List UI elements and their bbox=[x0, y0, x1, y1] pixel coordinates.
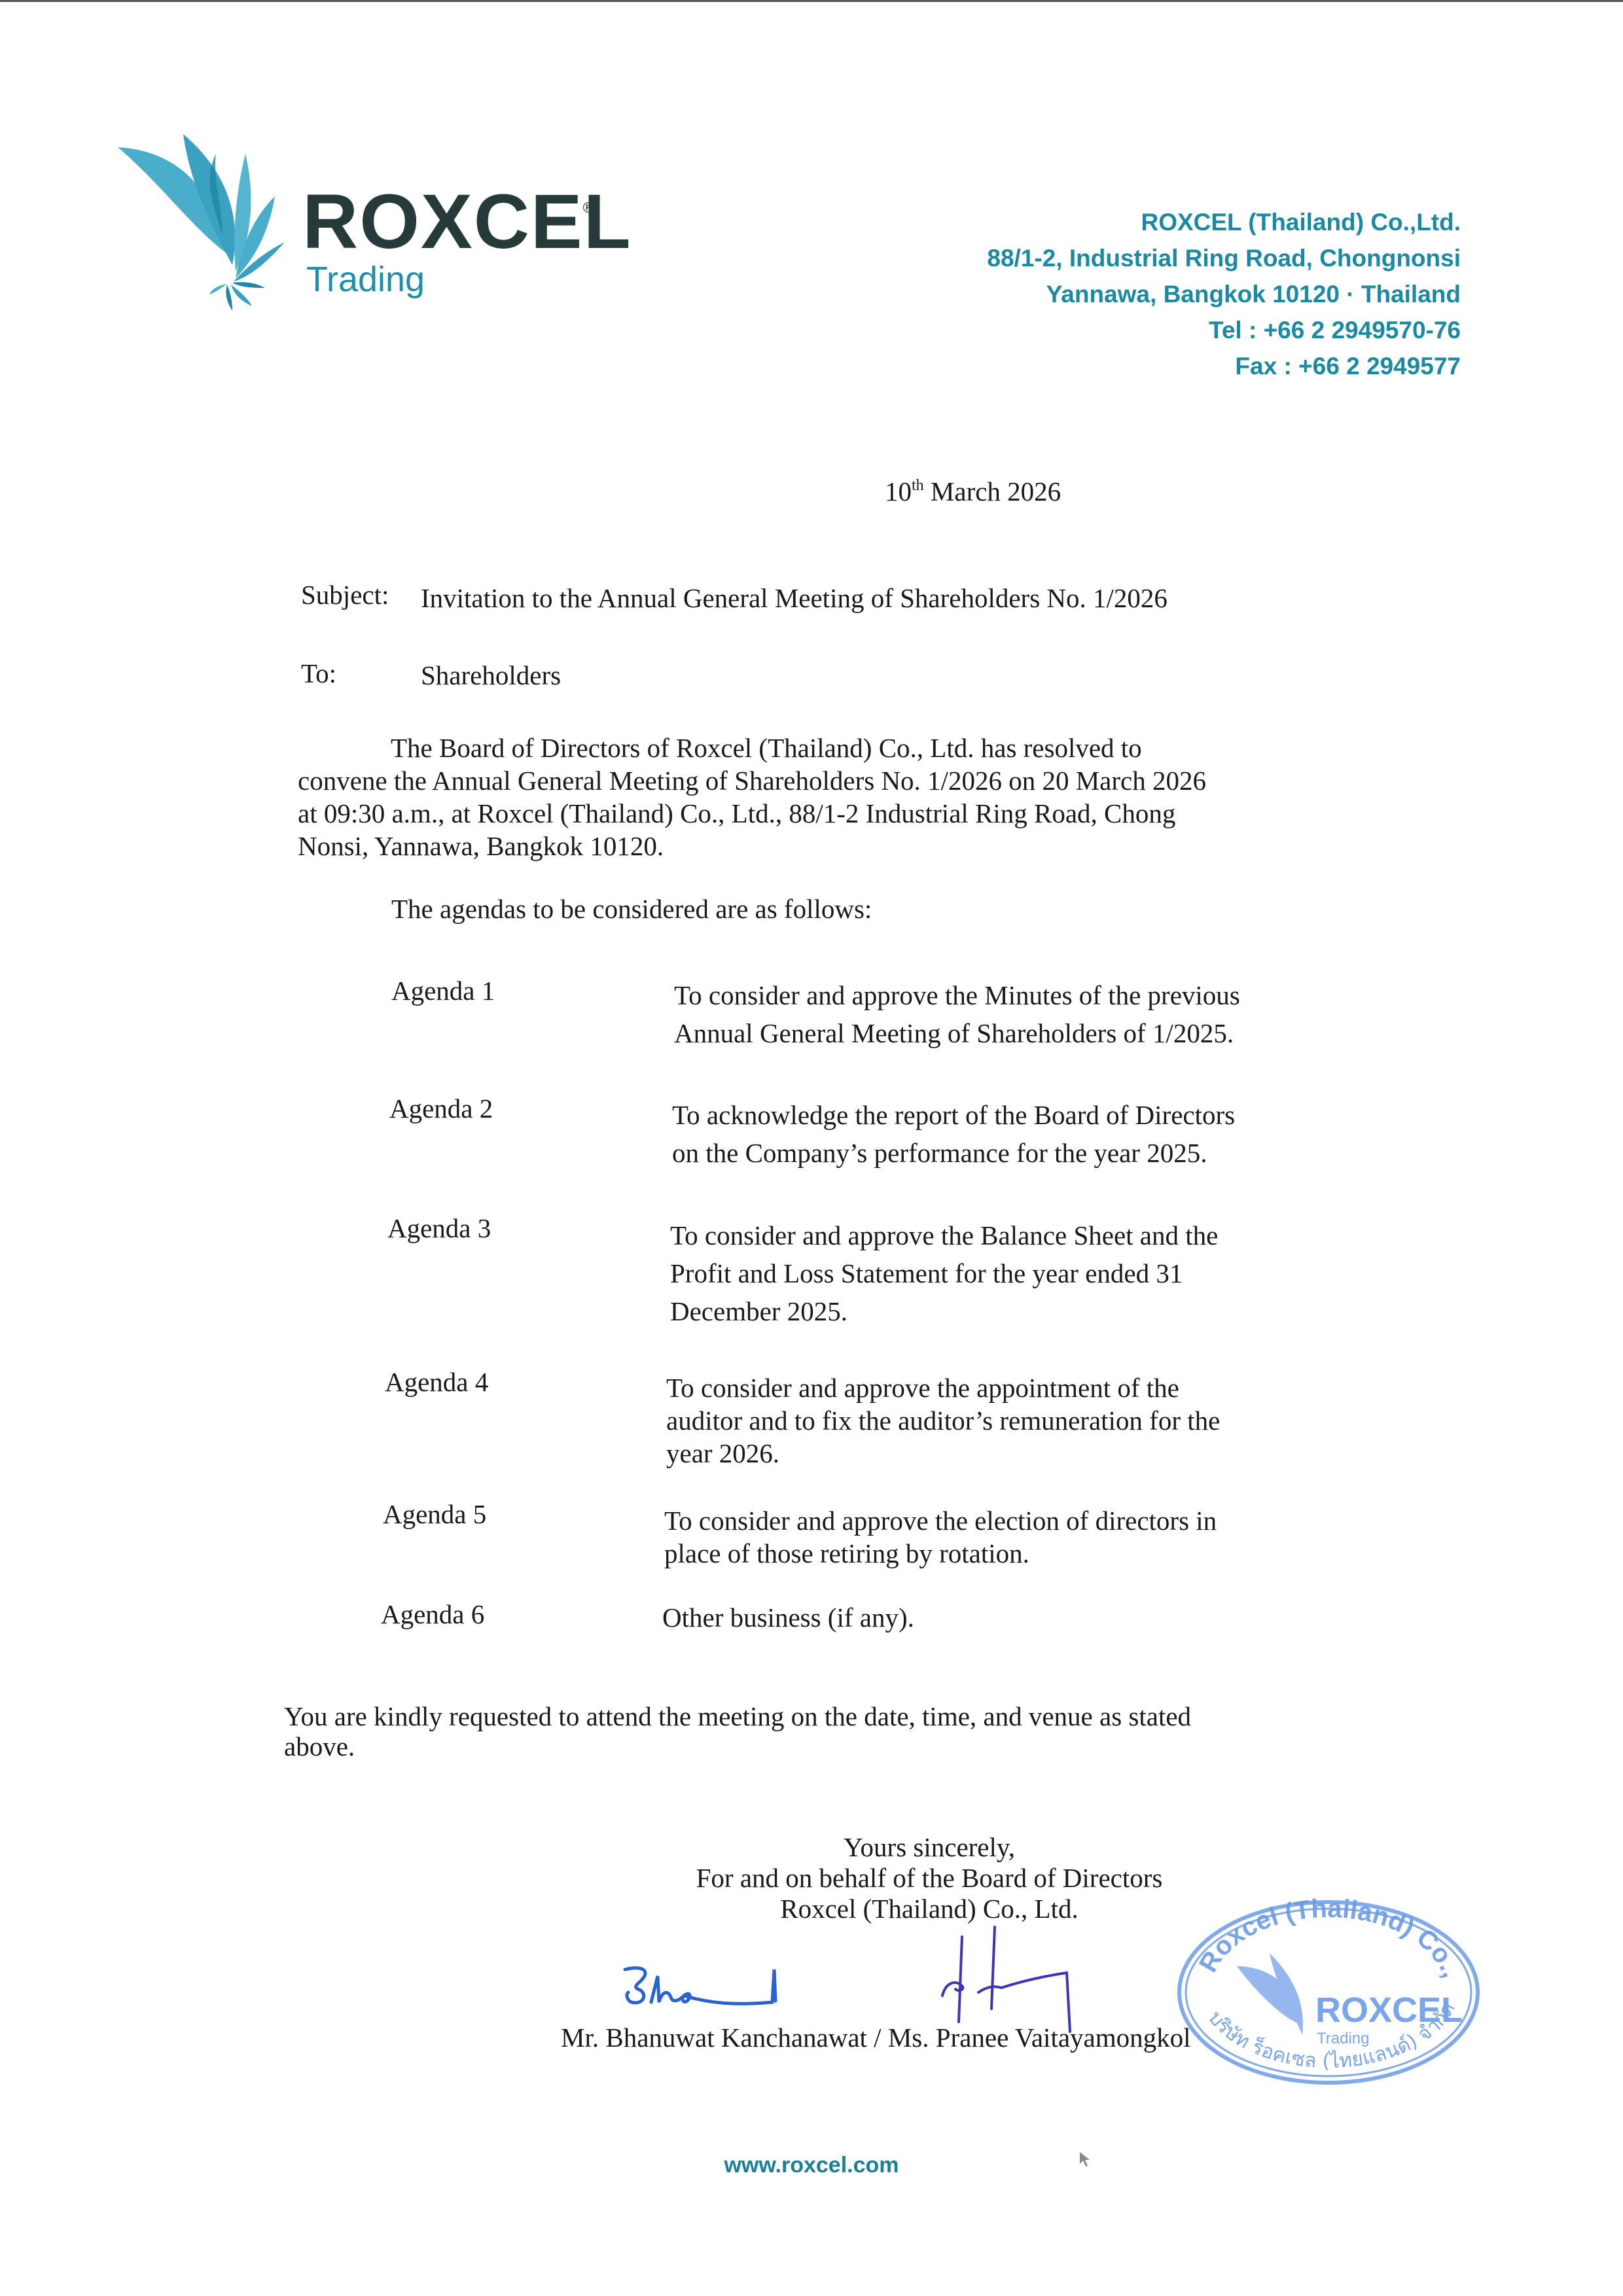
company-signoff: Roxcel (Thailand) Co., Ltd. bbox=[589, 1894, 1270, 1924]
agenda-label: Agenda 1 bbox=[391, 975, 495, 1007]
svg-text:Roxcel (Thailand) Co., Ltd.: Roxcel (Thailand) Co., Ltd. bbox=[1171, 1894, 1469, 1987]
letter-date: 10th March 2026 bbox=[885, 476, 1061, 508]
closing-line: above. bbox=[284, 1731, 1305, 1761]
date-suffix: th bbox=[912, 477, 924, 494]
subject-label: Subject: bbox=[301, 579, 389, 611]
svg-text:Trading: Trading bbox=[1317, 2030, 1369, 2047]
agenda-description: To consider and approve the election of … bbox=[664, 1505, 1217, 1570]
signer-names: Mr. Bhanuwat Kanchanawat / Ms. Pranee Va… bbox=[561, 2022, 1191, 2054]
intro-line: The Board of Directors of Roxcel (Thaila… bbox=[391, 733, 1142, 763]
agenda-description: Other business (if any). bbox=[662, 1602, 914, 1640]
agenda-label: Agenda 3 bbox=[387, 1212, 491, 1245]
svg-text:ROXCEL: ROXCEL bbox=[1315, 1990, 1463, 2030]
intro-line: Nonsi, Yannawa, Bangkok 10120. bbox=[298, 830, 1319, 862]
agenda-description: To consider and approve the Balance Shee… bbox=[670, 1220, 1218, 1333]
fax: Fax : +66 2 2949577 bbox=[987, 348, 1461, 384]
valediction: Yours sincerely, bbox=[589, 1832, 1270, 1863]
address-line-city: Yannawa, Bangkok 10120 · Thailand bbox=[987, 276, 1461, 312]
address-line-street: 88/1-2, Industrial Ring Road, Chongnonsi bbox=[987, 240, 1461, 276]
company-seal-stamp: Roxcel (Thailand) Co., Ltd. บริษัท ร็อคเ… bbox=[1171, 1894, 1486, 2094]
mouse-cursor-icon bbox=[1079, 2151, 1092, 2171]
closing-paragraph: You are kindly requested to attend the m… bbox=[284, 1701, 1305, 1761]
wing-logo-icon bbox=[115, 131, 285, 314]
signature-bhanuwat bbox=[618, 1956, 815, 2032]
agenda-label: Agenda 5 bbox=[383, 1498, 486, 1530]
intro-paragraph: The Board of Directors of Roxcel (Thaila… bbox=[298, 732, 1319, 862]
company-name: ROXCEL (Thailand) Co.,Ltd. bbox=[987, 204, 1461, 240]
agenda-label: Agenda 6 bbox=[381, 1598, 484, 1631]
agendas-intro: The agendas to be considered are as foll… bbox=[391, 893, 872, 925]
signoff-block: Yours sincerely, For and on behalf of th… bbox=[589, 1832, 1270, 1924]
agenda-label: Agenda 2 bbox=[389, 1093, 493, 1125]
agenda-description: To acknowledge the report of the Board o… bbox=[672, 1099, 1235, 1175]
registered-mark: ® bbox=[581, 200, 596, 217]
intro-line: at 09:30 a.m., at Roxcel (Thailand) Co.,… bbox=[298, 797, 1319, 830]
recipient-label: To: bbox=[301, 658, 336, 690]
brand-subtitle: Trading bbox=[306, 262, 425, 297]
brand-name: ROXCEL bbox=[302, 183, 632, 260]
agenda-label: Agenda 4 bbox=[385, 1366, 488, 1398]
intro-line: convene the Annual General Meeting of Sh… bbox=[298, 764, 1319, 797]
company-address-block: ROXCEL (Thailand) Co.,Ltd. 88/1-2, Indus… bbox=[987, 204, 1461, 384]
date-month-year: March 2026 bbox=[924, 476, 1061, 506]
closing-line: You are kindly requested to attend the m… bbox=[284, 1701, 1305, 1731]
agenda-description: To consider and approve the Minutes of t… bbox=[674, 980, 1240, 1055]
on-behalf-line: For and on behalf of the Board of Direct… bbox=[589, 1863, 1270, 1894]
agenda-description: To consider and approve the appointment … bbox=[666, 1372, 1220, 1470]
scan-edge-line bbox=[0, 0, 1623, 2]
website-link[interactable]: www.roxcel.com bbox=[0, 2153, 1623, 2178]
recipient-text: Shareholders bbox=[421, 660, 561, 692]
telephone: Tel : +66 2 2949570-76 bbox=[987, 312, 1461, 348]
subject-text: Invitation to the Annual General Meeting… bbox=[421, 582, 1168, 614]
date-day: 10 bbox=[885, 476, 912, 506]
